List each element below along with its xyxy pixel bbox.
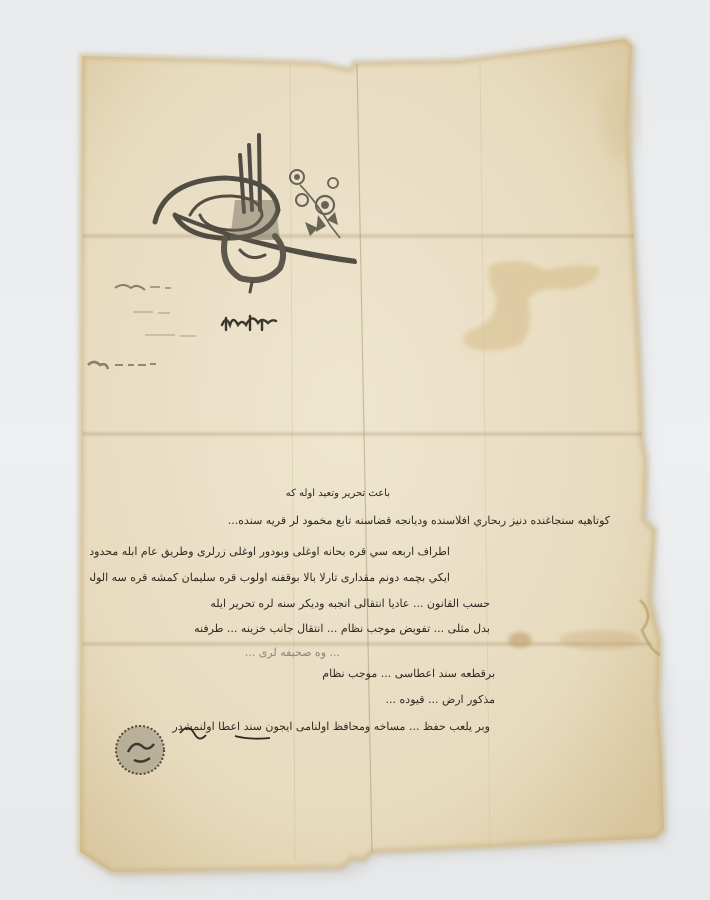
document-line-4: ايكي بچمه دونم مقدارى تارلا بالا بوقفنه … bbox=[90, 571, 450, 584]
signature-flourish bbox=[175, 718, 275, 748]
document-line-5: حسب القانون ... عادیا انتقالى انجبه وديك… bbox=[90, 597, 490, 610]
document-line-7: ... وه صحيفه لرى ... bbox=[90, 646, 340, 659]
round-ink-seal bbox=[112, 722, 168, 778]
document-line-6: بدل مثلى ... تفويض موجب نظام ... انتقال … bbox=[90, 622, 490, 635]
document-line-3: اطراف اربعه سي قره بحانه اوغلى وبودور او… bbox=[90, 545, 450, 558]
document-line-8: برقطعه سند اعطاسى ... موجب نظام bbox=[90, 667, 495, 680]
document-line-2: كوتاهيه سنجاغنده دنيز ربحاري افلاسنده ود… bbox=[90, 514, 610, 527]
document-line-1: باعث تحرير وتعيد اوله كه bbox=[286, 488, 390, 499]
document-line-9: مذكور ارض ... قيوده ... bbox=[90, 693, 495, 706]
document-photo bbox=[0, 0, 710, 900]
fold-line bbox=[82, 232, 634, 240]
